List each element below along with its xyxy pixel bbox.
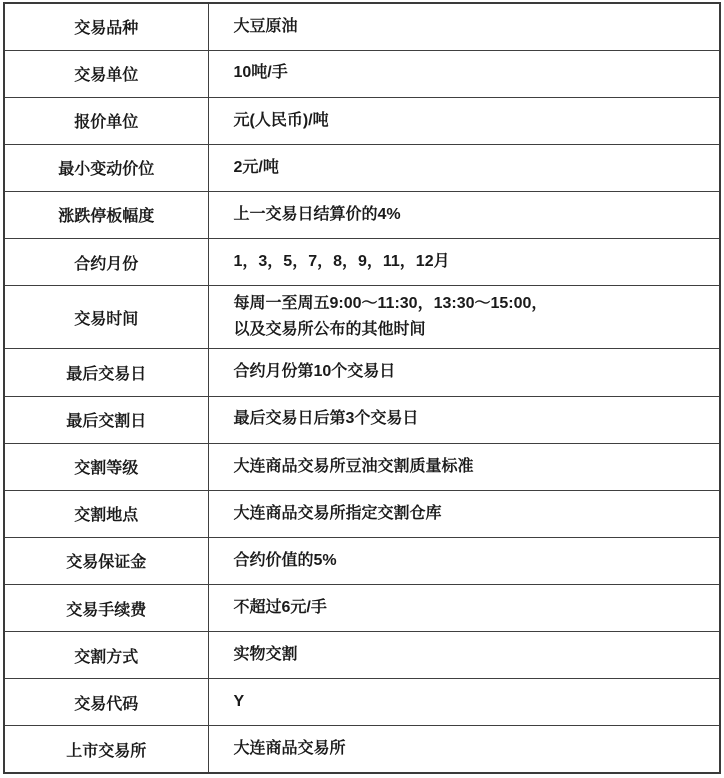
table-row: 涨跌停板幅度 上一交易日结算价的4% [4, 191, 720, 238]
row-label: 最后交易日 [4, 349, 208, 396]
row-value: 最后交易日后第3个交易日 [208, 396, 720, 443]
table-row: 交割等级 大连商品交易所豆油交割质量标准 [4, 443, 720, 490]
row-label: 涨跌停板幅度 [4, 191, 208, 238]
row-value: 大豆原油 [208, 3, 720, 50]
row-label: 交割地点 [4, 490, 208, 537]
row-label: 交易时间 [4, 286, 208, 349]
row-label: 交易保证金 [4, 537, 208, 584]
row-value: 大连商品交易所 [208, 726, 720, 773]
row-label: 交割方式 [4, 632, 208, 679]
spec-table-body: 交易品种 大豆原油 交易单位 10吨/手 报价单位 元(人民币)/吨 最小变动价… [4, 3, 720, 773]
table-row: 最小变动价位 2元/吨 [4, 144, 720, 191]
table-row: 交易单位 10吨/手 [4, 50, 720, 97]
row-label: 交易品种 [4, 3, 208, 50]
row-value: 合约价值的5% [208, 537, 720, 584]
contract-spec-table: 交易品种 大豆原油 交易单位 10吨/手 报价单位 元(人民币)/吨 最小变动价… [3, 2, 721, 774]
table-row: 交割地点 大连商品交易所指定交割仓库 [4, 490, 720, 537]
row-value: 10吨/手 [208, 50, 720, 97]
row-label: 交易手续费 [4, 584, 208, 631]
row-value: 上一交易日结算价的4% [208, 191, 720, 238]
row-value: 元(人民币)/吨 [208, 97, 720, 144]
table-row: 交易保证金 合约价值的5% [4, 537, 720, 584]
table-row: 合约月份 1，3，5，7，8，9，11，12月 [4, 239, 720, 286]
table-row: 交易手续费 不超过6元/手 [4, 584, 720, 631]
row-label: 最小变动价位 [4, 144, 208, 191]
table-row: 最后交割日 最后交易日后第3个交易日 [4, 396, 720, 443]
row-value: 1，3，5，7，8，9，11，12月 [208, 239, 720, 286]
row-label: 上市交易所 [4, 726, 208, 773]
row-value: 大连商品交易所指定交割仓库 [208, 490, 720, 537]
table-row: 交割方式 实物交割 [4, 632, 720, 679]
row-value: 每周一至周五9:00～11:30，13:30～15:00， 以及交易所公布的其他… [208, 286, 720, 349]
row-value: Y [208, 679, 720, 726]
row-value: 实物交割 [208, 632, 720, 679]
row-value: 2元/吨 [208, 144, 720, 191]
table-row: 交易代码 Y [4, 679, 720, 726]
row-label: 合约月份 [4, 239, 208, 286]
row-label: 报价单位 [4, 97, 208, 144]
row-label: 交易代码 [4, 679, 208, 726]
row-value: 合约月份第10个交易日 [208, 349, 720, 396]
table-row: 最后交易日 合约月份第10个交易日 [4, 349, 720, 396]
row-label: 交割等级 [4, 443, 208, 490]
row-value: 不超过6元/手 [208, 584, 720, 631]
table-row: 报价单位 元(人民币)/吨 [4, 97, 720, 144]
table-row: 交易时间 每周一至周五9:00～11:30，13:30～15:00， 以及交易所… [4, 286, 720, 349]
row-label: 交易单位 [4, 50, 208, 97]
table-row: 交易品种 大豆原油 [4, 3, 720, 50]
table-row: 上市交易所 大连商品交易所 [4, 726, 720, 773]
row-value: 大连商品交易所豆油交割质量标准 [208, 443, 720, 490]
row-label: 最后交割日 [4, 396, 208, 443]
